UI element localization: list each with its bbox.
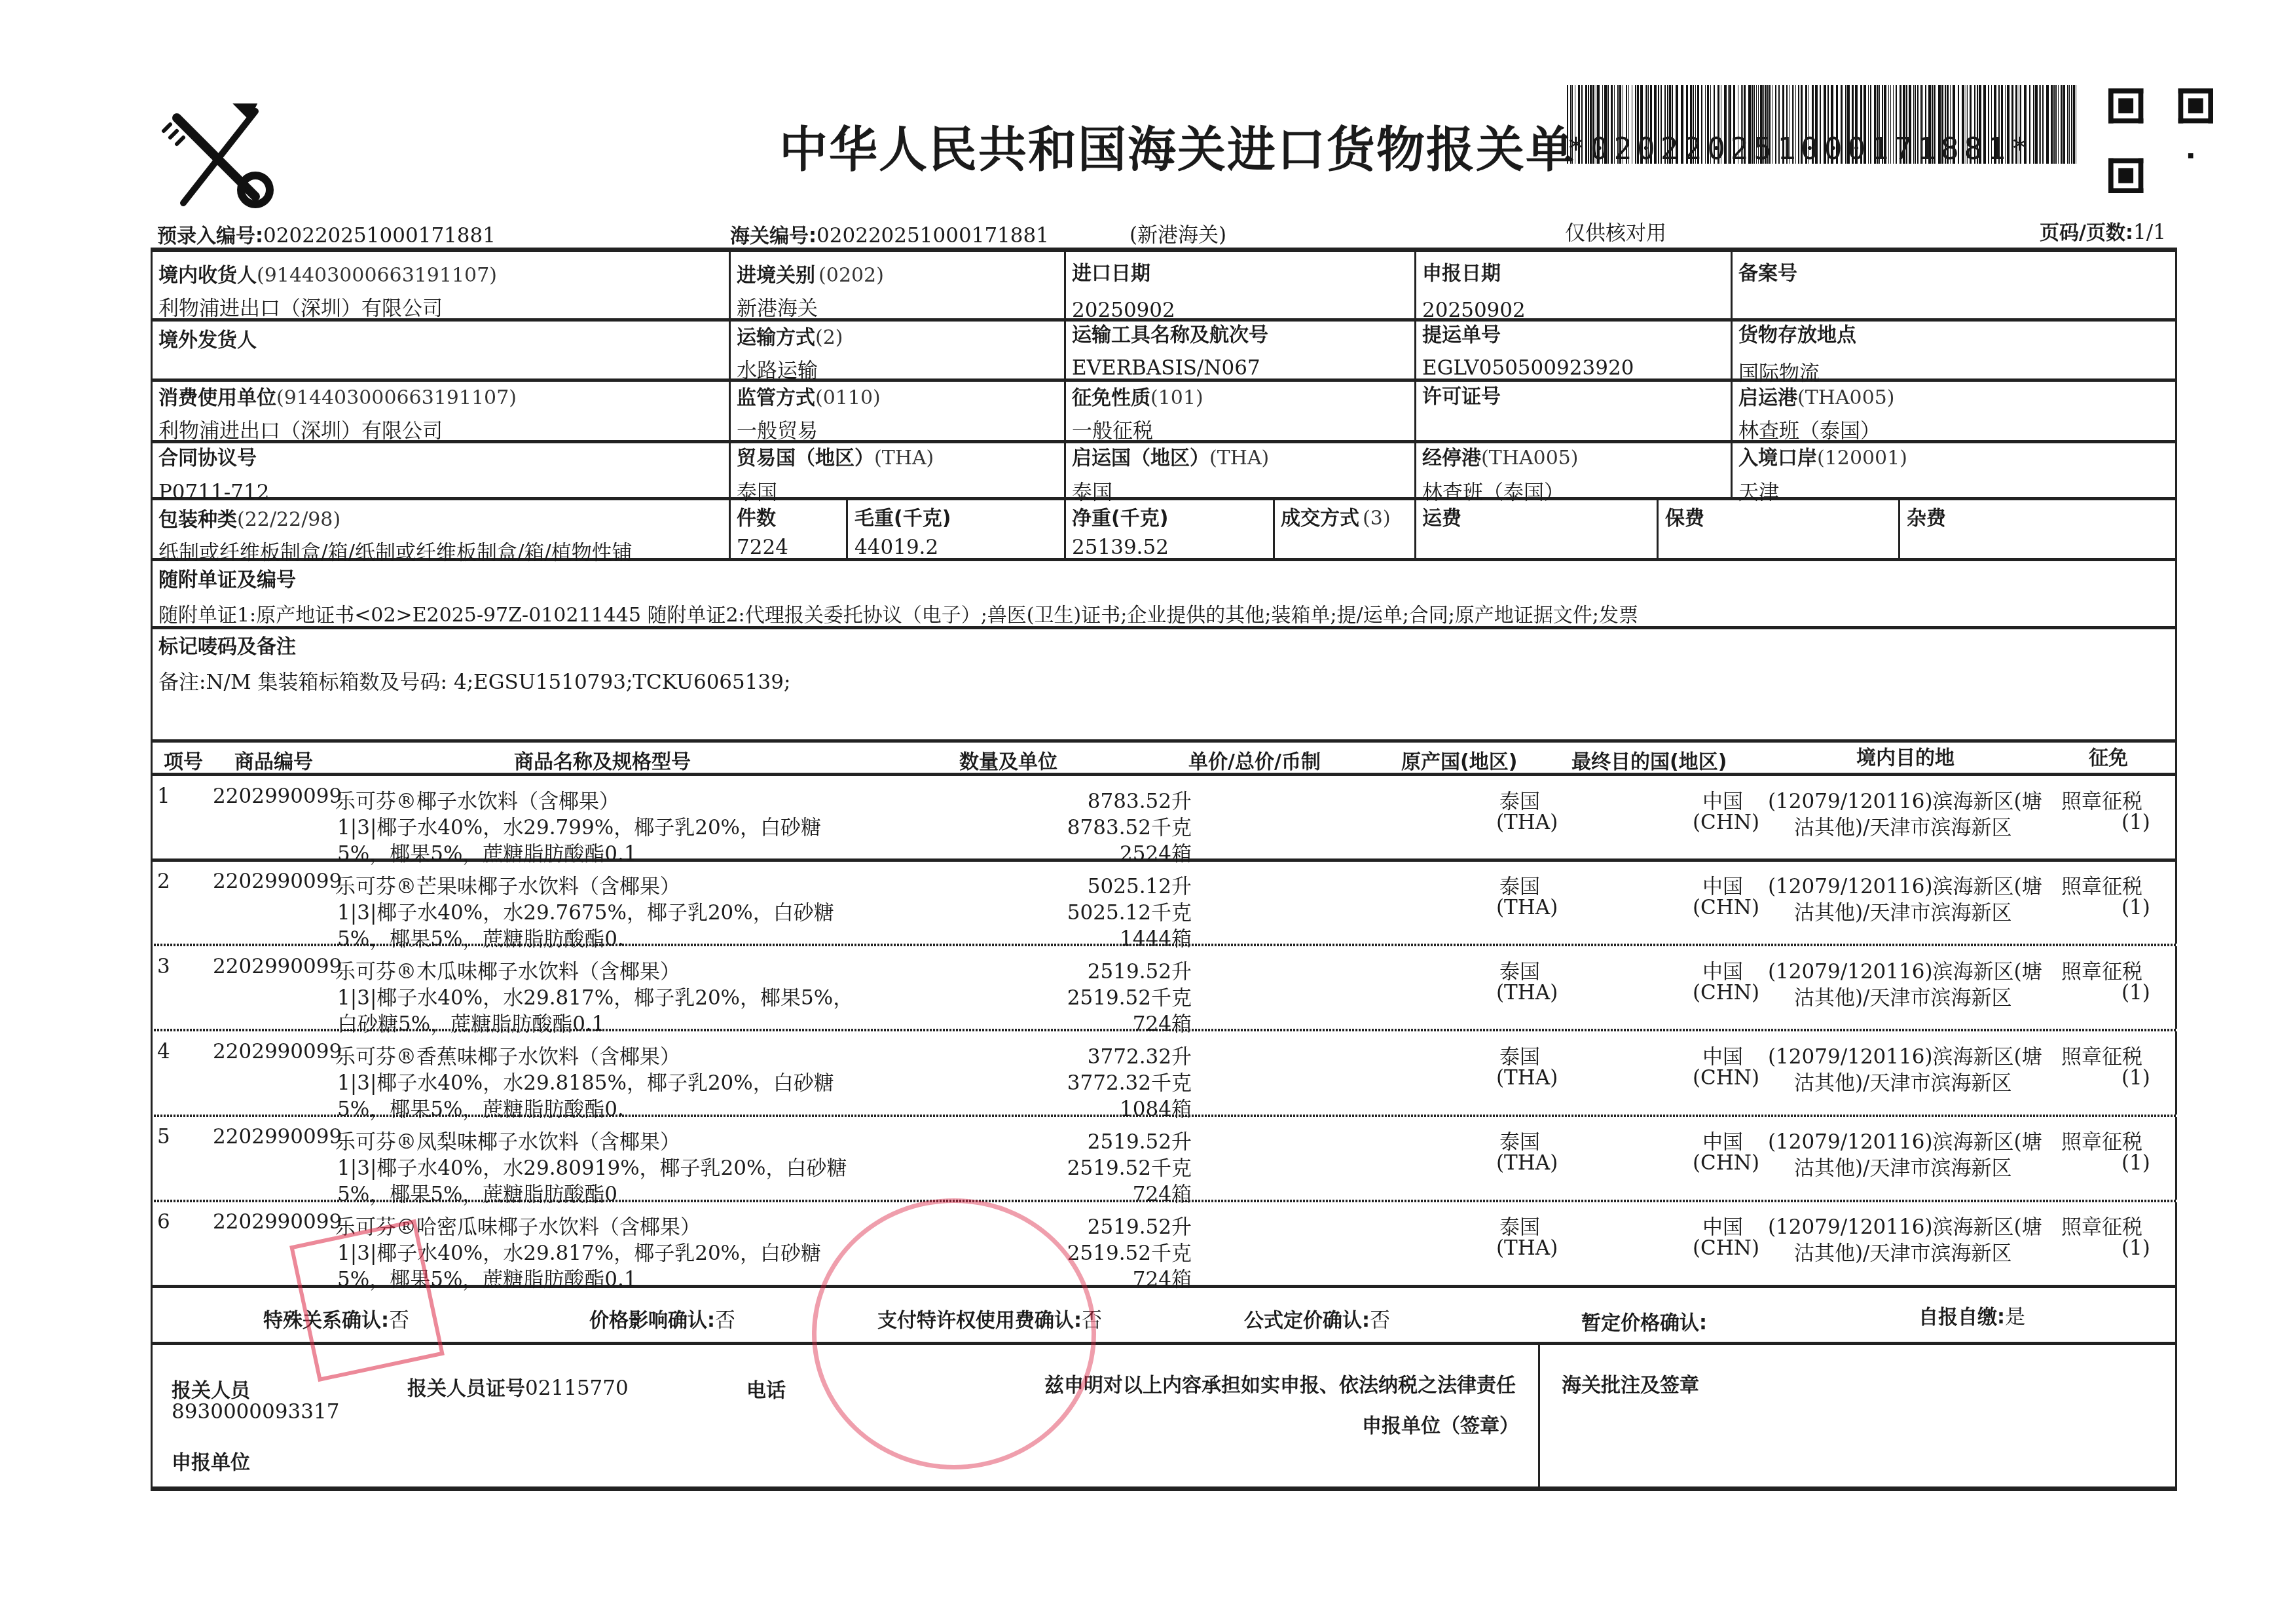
col-header-final-dest: 最终目的国(地区) (1571, 745, 1727, 774)
final-destination: 中国 (1702, 1210, 1743, 1240)
declarant-label: 报关人员 (172, 1374, 250, 1403)
import-date-field: 进口日期 20250902 (1072, 257, 1175, 322)
hs-code: 2202990099 (213, 1040, 342, 1063)
goods-spec-line2: 5%，椰果5%，蔗糖脂肪酸酯0. (337, 1092, 624, 1122)
verification-note: 仅供核对用 (1565, 216, 1666, 246)
phone-label: 电话 (746, 1374, 786, 1403)
col-header-domestic-dest: 境内目的地 (1856, 741, 1955, 770)
attached-docs-field: 随附单证及编号 随附单证1:原产地证书<02>E2025-97Z-0102114… (158, 563, 1638, 627)
declare-unit-label: 申报单位 (172, 1446, 250, 1475)
transport-mode-field: 运输方式(2) 水路运输 (737, 321, 843, 383)
final-destination-code: (CHN) (1693, 1151, 1759, 1175)
levy-code: (1) (2121, 1236, 2150, 1260)
origin-code: (THA) (1496, 896, 1558, 919)
domestic-destination-line1: (12079/120116)滨海新区(塘 (1768, 1125, 2042, 1154)
levy-method: 照章征税 (2061, 1210, 2142, 1240)
round-seal-stamp (812, 1198, 1096, 1469)
quantity-liters: 2519.52升 (917, 1125, 1192, 1154)
quantity-liters: 2519.52升 (917, 955, 1192, 984)
document-title: 中华人民共和国海关进口货物报关单 (779, 111, 1575, 181)
goods-spec-line1: 1|3|椰子水40%，水29.8185%，椰子乳20%，白砂糖 (337, 1066, 834, 1096)
levy-code: (1) (2121, 1066, 2150, 1090)
departure-port-field: 启运港(THA005) 林查班（泰国） (1738, 381, 1895, 443)
origin-code: (THA) (1496, 981, 1558, 1005)
declarant-number: 8930000093317 (172, 1400, 339, 1424)
hs-code: 2202990099 (213, 1125, 342, 1149)
transaction-mode-field: 成交方式 (3) (1281, 502, 1391, 530)
departure-country-field: 启运国（地区）(THA) 泰国 (1072, 441, 1269, 505)
gross-weight-field: 毛重(千克) 44019.2 (854, 502, 951, 559)
domestic-destination-line2: 沽其他)/天津市滨海新区 (1794, 1151, 2012, 1181)
entry-customs-field: 进境关别 (0202) 新港海关 (737, 259, 884, 321)
levy-code: (1) (2121, 896, 2150, 919)
customs-number: 海关编号:020220251000171881 (730, 219, 1049, 248)
col-header-price: 单价/总价/币制 (1188, 745, 1321, 774)
goods-spec-line2: 5%，椰果5%，蔗糖脂肪酸酯0 (337, 1177, 617, 1207)
quantity-boxes: 1084箱 (917, 1092, 1192, 1122)
quantity-kg: 5025.12千克 (917, 896, 1192, 925)
price-impact-confirm: 价格影响确认:否 (589, 1303, 735, 1333)
quantity-liters: 5025.12升 (917, 870, 1192, 899)
hs-code: 2202990099 (213, 955, 342, 978)
goods-spec-line1: 1|3|椰子水40%，水29.799%，椰子乳20%，白砂糖 (337, 811, 821, 840)
origin-code: (THA) (1496, 1236, 1558, 1260)
package-type-field: 包装种类(22/22/98) 纸制或纤维板制盒/箱/纸制或纤维板制盒/箱/植物性… (158, 503, 725, 565)
quantity-kg: 3772.32千克 (917, 1066, 1192, 1096)
domestic-destination-line2: 沽其他)/天津市滨海新区 (1794, 896, 2012, 925)
domestic-destination-line2: 沽其他)/天津市滨海新区 (1794, 811, 2012, 840)
goods-spec-line1: 1|3|椰子水40%，水29.80919%，椰子乳20%，白砂糖 (337, 1151, 847, 1181)
item-number: 1 (157, 784, 170, 808)
page-indicator: 页码/页数:1/1 (2040, 216, 2166, 245)
item-number: 5 (157, 1125, 170, 1149)
domestic-destination-line1: (12079/120116)滨海新区(塘 (1768, 955, 2042, 984)
declare-date-field: 申报日期 20250902 (1422, 257, 1526, 322)
qr-code (2108, 88, 2213, 193)
origin-code: (THA) (1496, 1066, 1558, 1090)
self-declare-confirm: 自报自缴:是 (1919, 1300, 2025, 1329)
levy-nature-field: 征免性质(101) 一般征税 (1072, 381, 1203, 443)
final-destination-code: (CHN) (1693, 981, 1759, 1005)
barcode-number: *0202202510001718​81* (1567, 131, 2078, 166)
quantity-liters: 3772.32升 (917, 1040, 1192, 1069)
entry-port-field: 入境口岸(120001) 天津 (1738, 441, 1907, 505)
hs-code: 2202990099 (213, 870, 342, 893)
domestic-destination-line1: (12079/120116)滨海新区(塘 (1768, 1040, 2042, 1069)
origin-country: 泰国 (1499, 870, 1540, 899)
item-number: 3 (157, 955, 170, 978)
net-weight-field: 净重(千克) 25139.52 (1072, 502, 1169, 559)
consignee-field: 境内收货人(91440300066319​1107) 利物浦进出口（深圳）有限公… (158, 259, 497, 321)
trade-country-field: 贸易国（地区）(THA) 泰国 (737, 441, 934, 505)
final-destination: 中国 (1702, 955, 1743, 984)
consumer-unit-field: 消费使用单位(914403000663191107) 利物浦进出口（深圳）有限公… (158, 381, 517, 443)
origin-code: (THA) (1496, 1151, 1558, 1175)
levy-code: (1) (2121, 1151, 2150, 1175)
quantity-kg: 8783.52千克 (917, 811, 1192, 840)
overseas-shipper-field: 境外发货人 (158, 323, 257, 352)
goods-spec-line2: 5%，椰果5%，蔗糖脂肪酸酯0.1 (337, 837, 637, 866)
goods-spec-line2: 5%，椰果5%，蔗糖脂肪酸酯0. (337, 922, 624, 951)
declarant-cert: 报关人员证号02115770 (407, 1372, 629, 1401)
domestic-destination-line2: 沽其他)/天津市滨海新区 (1794, 1236, 2012, 1266)
domestic-destination-line1: (12079/120116)滨海新区(塘 (1768, 870, 2042, 899)
final-destination: 中国 (1702, 870, 1743, 899)
origin-code: (THA) (1496, 811, 1558, 834)
quantity-boxes: 724箱 (917, 1007, 1192, 1037)
goods-name: 乐可芬®芒果味椰子水饮料（含椰果） (335, 870, 680, 899)
provisional-price-confirm: 暂定价格确认: (1581, 1306, 1707, 1335)
goods-spec-line1: 1|3|椰子水40%，水29.7675%，椰子乳20%，白砂糖 (337, 896, 834, 925)
formula-price-confirm: 公式定价确认:否 (1244, 1303, 1390, 1333)
goods-spec-line2: 白砂糖5%，蔗糖脂肪酸酯0.1 (337, 1007, 604, 1037)
origin-country: 泰国 (1499, 784, 1540, 814)
levy-code: (1) (2121, 981, 2150, 1005)
domestic-destination-line1: (12079/120116)滨海新区(塘 (1768, 784, 2042, 814)
col-header-item-no: 项号 (164, 745, 203, 774)
origin-country: 泰国 (1499, 1210, 1540, 1240)
col-header-hs-code: 商品编号 (234, 745, 313, 774)
hs-code: 2202990099 (213, 784, 342, 808)
legal-statement: 兹申明对以上内容承担如实申报、依法纳税之法律责任 (1044, 1369, 1516, 1397)
hs-code: 2202990099 (213, 1210, 342, 1234)
declare-unit-sign: 申报单位（签章） (1362, 1409, 1519, 1438)
misc-fee-field: 杂费 (1907, 502, 1946, 530)
quantity-kg: 2519.52千克 (917, 1151, 1192, 1181)
origin-country: 泰国 (1499, 1125, 1540, 1154)
final-destination: 中国 (1702, 1040, 1743, 1069)
col-header-goods-name: 商品名称及规格型号 (514, 745, 691, 774)
storage-place-field: 货物存放地点 国际物流 (1738, 318, 1856, 386)
final-destination-code: (CHN) (1693, 896, 1759, 919)
levy-method: 照章征税 (2061, 784, 2142, 814)
item-number: 6 (157, 1210, 170, 1234)
domestic-destination-line1: (12079/120116)滨海新区(塘 (1768, 1210, 2042, 1240)
pieces-field: 件数 7224 (737, 502, 788, 559)
bill-of-lading-field: 提运单号 EGLV050500923920 (1422, 318, 1634, 380)
col-header-quantity: 数量及单位 (959, 745, 1057, 774)
final-destination-code: (CHN) (1693, 811, 1759, 834)
license-no-field: 许可证号 (1422, 380, 1501, 409)
item-number: 2 (157, 870, 170, 893)
origin-country: 泰国 (1499, 1040, 1540, 1069)
domestic-destination-line2: 沽其他)/天津市滨海新区 (1794, 1066, 2012, 1096)
customs-emblem-logo (157, 98, 275, 210)
goods-name: 乐可芬®木瓜味椰子水饮料（含椰果） (335, 955, 680, 984)
quantity-boxes: 2524箱 (917, 837, 1192, 866)
pre-entry-number: 预录入编号:020220251000171881 (157, 219, 496, 248)
col-header-levy: 征免 (2089, 741, 2128, 770)
customs-office: (新港海关) (1129, 218, 1226, 248)
item-number: 4 (157, 1040, 170, 1063)
goods-name: 乐可芬®椰子水饮料（含椰果） (335, 784, 619, 814)
levy-code: (1) (2121, 811, 2150, 834)
col-header-origin: 原产国(地区) (1401, 745, 1517, 774)
supervision-mode-field: 监管方式(0110) 一般贸易 (737, 381, 881, 443)
customs-sign-label: 海关批注及签章 (1562, 1369, 1699, 1397)
goods-name: 乐可芬®凤梨味椰子水饮料（含椰果） (335, 1125, 680, 1154)
goods-name: 乐可芬®香蕉味椰子水饮料（含椰果） (335, 1040, 680, 1069)
levy-method: 照章征税 (2061, 1125, 2142, 1154)
quantity-kg: 2519.52千克 (917, 981, 1192, 1010)
freight-field: 运费 (1422, 502, 1461, 530)
domestic-destination-line2: 沽其他)/天津市滨海新区 (1794, 981, 2012, 1010)
origin-country: 泰国 (1499, 955, 1540, 984)
quantity-boxes: 1444箱 (917, 922, 1192, 951)
marks-remarks-field: 标记唛码及备注 备注:N/M 集装箱标箱数及号码: 4;EGSU1510793;… (158, 630, 790, 695)
transit-port-field: 经停港(THA005) 林查班（泰国） (1422, 441, 1579, 505)
record-no-field: 备案号 (1738, 257, 1797, 286)
final-destination-code: (CHN) (1693, 1066, 1759, 1090)
contract-no-field: 合同协议号 P0711-712 (158, 441, 269, 504)
final-destination: 中国 (1702, 1125, 1743, 1154)
final-destination: 中国 (1702, 784, 1743, 814)
final-destination-code: (CHN) (1693, 1236, 1759, 1260)
quantity-liters: 8783.52升 (917, 784, 1192, 814)
insurance-field: 保费 (1665, 502, 1704, 530)
goods-spec-line1: 1|3|椰子水40%，水29.817%，椰子乳20%，椰果5%， (337, 981, 853, 1010)
levy-method: 照章征税 (2061, 955, 2142, 984)
vessel-field: 运输工具名称及航次号 EVERBASIS/N067 (1072, 318, 1268, 380)
levy-method: 照章征税 (2061, 870, 2142, 899)
levy-method: 照章征税 (2061, 1040, 2142, 1069)
